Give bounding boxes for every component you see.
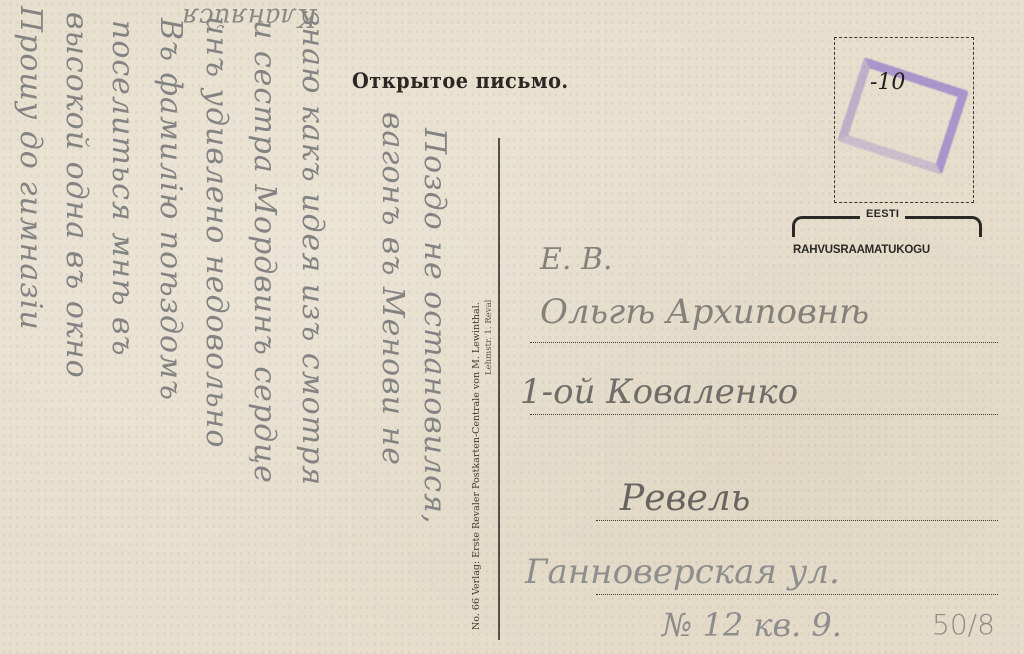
address-line-1: Ольгѣ Архиповнѣ (540, 292, 869, 332)
postcard-title: Открытое письмо. (352, 68, 569, 93)
message-line: и сестра Мордвинъ сердце (247, 20, 282, 484)
address-line-5: № 12 кв. 9. (662, 606, 842, 644)
publisher-line-1: No. 66 Verlag: Erste Revaler Postkarten-… (471, 302, 482, 630)
pencil-note: 50/8 (932, 608, 995, 641)
address-line-4: Ганноверская ул. (525, 552, 840, 592)
stamp-note: -10 (870, 70, 905, 95)
library-stamp: EESTI RAHVUSRAAMATUKOGU (790, 208, 980, 264)
publisher-imprint: No. 66 Verlag: Erste Revaler Postkarten-… (471, 300, 495, 630)
message-line: Въ фамилію поѣздомъ (153, 18, 188, 401)
publisher-line-2: Lehmstr. 1. Reval (483, 300, 495, 375)
address-initials: Е. В. (540, 242, 613, 277)
address-line-rule (530, 414, 998, 415)
address-line-rule (596, 594, 998, 595)
message-line: высокой одна въ окно (59, 12, 94, 379)
message-line: Прошу до гимназіи (13, 6, 48, 331)
postcard-back: Кланяйся Поздо не остановился, вагонъ въ… (0, 0, 1024, 654)
library-stamp-line2: RAHVUSRAAMATUKOGU (793, 244, 930, 256)
message-line: Поздо не остановился, (417, 128, 452, 524)
divider-line (498, 138, 500, 640)
address-line-2: 1-ой Коваленко (520, 372, 798, 412)
message-line: поселиться мнѣ въ (105, 20, 140, 356)
address-line-rule (530, 342, 998, 343)
address-line-rule (596, 520, 998, 521)
address-line-3: Ревель (620, 478, 750, 519)
library-stamp-line1: EESTI (860, 208, 905, 220)
message-line: вагонъ въ Менови не (375, 112, 410, 466)
message-line: инъ удивлено недовольно (199, 16, 234, 448)
message-line: знаю какъ идея изъ смотря (295, 10, 330, 486)
